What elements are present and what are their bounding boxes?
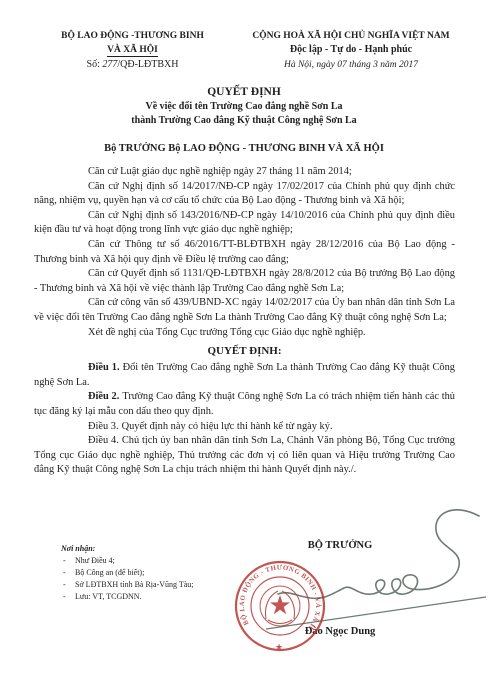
seal-bottom-star: ★ — [275, 642, 283, 652]
article-4-label: Điều 4. — [88, 435, 119, 446]
national-motto: Độc lập - Tự do - Hạnh phúc — [232, 43, 470, 57]
document-subject-line2: thành Trường Cao đẳng Kỹ thuật Công nghệ… — [0, 114, 488, 128]
document-subject-line1: Về việc đổi tên Trường Cao đẳng nghề Sơn… — [0, 100, 488, 114]
decision-document: BỘ LAO ĐỘNG -THƯƠNG BINH VÀ XÃ HỘI Số: 2… — [0, 0, 488, 692]
recital: Căn cứ công văn số 439/UBND-XC ngày 14/0… — [34, 296, 455, 325]
recital: Căn cứ Quyết định số 1131/QĐ-LĐTBXH ngày… — [34, 267, 455, 296]
signature-block: BỘ TRƯỞNG Đào Ngọc Dung — [240, 540, 440, 637]
dash: - — [61, 555, 75, 567]
article-2-label: Điều 2. — [88, 391, 119, 402]
recipients-block: Nơi nhận: -Như Điều 4; -Bộ Công an (để b… — [61, 543, 194, 603]
national-title: CỘNG HOÀ XÃ HỘI CHỦ NGHĨA VIỆT NAM — [232, 29, 470, 43]
article-2: Điều 2.Trường Cao đẳng Kỹ thuật Công ngh… — [34, 390, 455, 419]
article-1: Điều 1.Đổi tên Trường Cao đẳng nghề Sơn … — [34, 361, 455, 390]
document-body: Căn cứ Luật giáo dục nghề nghiệp ngày 27… — [34, 165, 455, 478]
dash: - — [61, 579, 75, 591]
dash: - — [61, 567, 75, 579]
recital: Căn cứ Luật giáo dục nghề nghiệp ngày 27… — [34, 165, 455, 180]
recipient-item: -Lưu: VT, TCGDNN. — [61, 591, 194, 603]
ministry-name-line2: VÀ XÃ HỘI — [40, 43, 225, 57]
issuing-ministry-block: BỘ LAO ĐỘNG -THƯƠNG BINH VÀ XÃ HỘI Số: 2… — [40, 29, 225, 72]
recital: Căn cứ Nghị định số 143/2016/NĐ-CP ngày … — [34, 209, 455, 238]
dash: - — [61, 591, 75, 603]
document-number-value: 277 — [102, 59, 117, 70]
recipient-item: -Bộ Công an (để biết); — [61, 567, 194, 579]
document-number: Số: 277/QĐ-LĐTBXH — [40, 58, 225, 72]
recital: Căn cứ Nghị định số 14/2017/NĐ-CP ngày 1… — [34, 180, 455, 209]
ministry-name-line1: BỘ LAO ĐỘNG -THƯƠNG BINH — [40, 29, 225, 43]
place-and-date: Hà Nội, ngày 07 tháng 3 năm 2017 — [232, 58, 470, 72]
article-3-label: Điều 3. — [88, 421, 119, 432]
national-header-block: CỘNG HOÀ XÃ HỘI CHỦ NGHĨA VIỆT NAM Độc l… — [232, 29, 470, 72]
recipient-item: -Sở LĐTBXH tỉnh Bà Rịa-Vũng Tàu; — [61, 579, 194, 591]
article-3-text: Quyết định này có hiệu lực thi hành kể t… — [122, 421, 333, 432]
document-header: BỘ LAO ĐỘNG -THƯƠNG BINH VÀ XÃ HỘI Số: 2… — [0, 0, 488, 72]
recital: Căn cứ Thông tư số 46/2016/TT-BLĐTBXH ng… — [34, 238, 455, 267]
decision-heading: QUYẾT ĐỊNH: — [34, 345, 455, 357]
document-type-heading: QUYẾT ĐỊNH — [0, 85, 488, 99]
article-4: Điều 4.Chủ tịch ủy ban nhân dân tỉnh Sơn… — [34, 434, 455, 478]
recital: Xét đề nghị của Tổng Cục trưởng Tổng cục… — [34, 326, 455, 341]
issuer-heading: Bộ TRƯỞNG Bộ LAO ĐỘNG - THƯƠNG BINH VÀ X… — [0, 143, 488, 154]
recipients-label: Nơi nhận: — [61, 543, 194, 555]
article-3: Điều 3.Quyết định này có hiệu lực thi hà… — [34, 420, 455, 435]
document-title-block: QUYẾT ĐỊNH Về việc đổi tên Trường Cao đẳ… — [0, 85, 488, 128]
signer-title: BỘ TRƯỞNG — [240, 540, 440, 551]
signer-name: Đào Ngọc Dung — [240, 626, 440, 637]
article-1-label: Điều 1. — [88, 362, 120, 373]
recipient-item: -Như Điều 4; — [61, 555, 194, 567]
